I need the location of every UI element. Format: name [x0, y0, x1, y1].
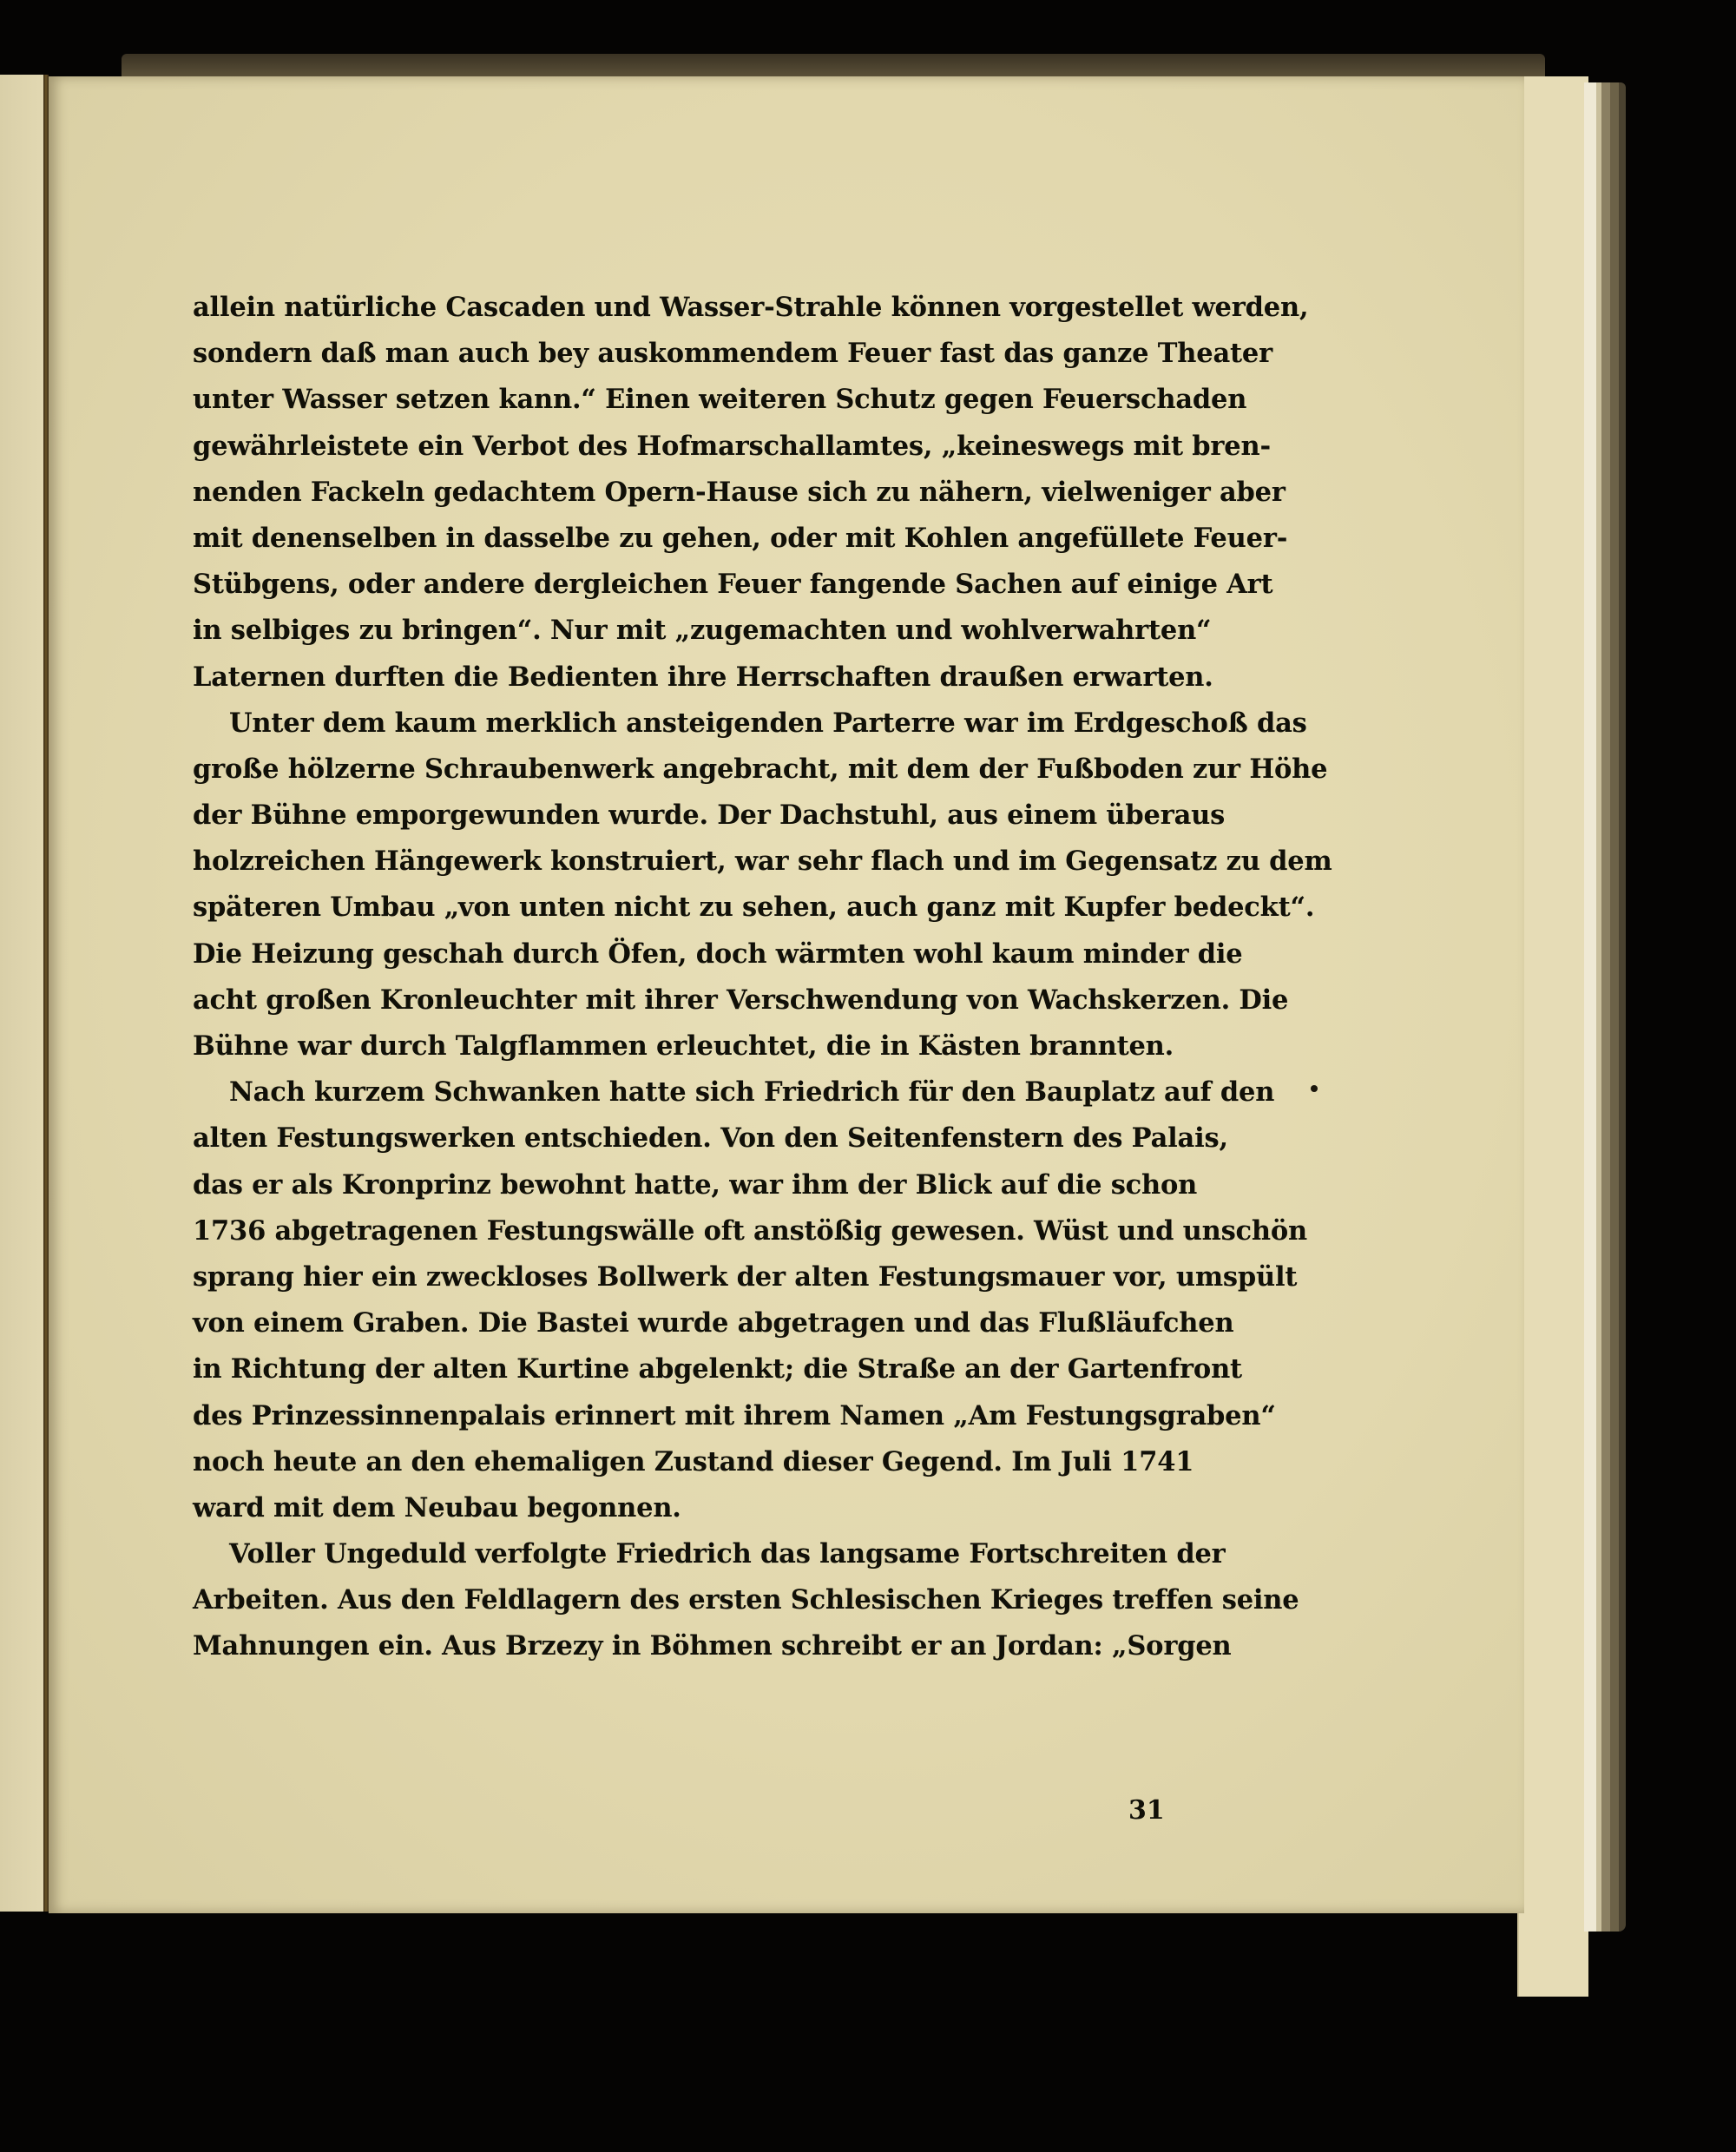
text-line: große hölzerne Schraubenwerk angebracht,… [193, 747, 1184, 793]
text-line: Arbeiten. Aus den Feldlagern des ersten … [193, 1577, 1184, 1623]
book-top-edge [122, 54, 1545, 76]
facing-page-edge [0, 75, 43, 1912]
paragraph: Voller Ungeduld verfolgte Friedrich das … [193, 1531, 1184, 1670]
page-number: 31 [1128, 1795, 1165, 1826]
text-line: der Bühne emporgewunden wurde. Der Dachs… [193, 793, 1184, 839]
text-line: Mahnungen ein. Aus Brzezy in Böhmen schr… [193, 1623, 1184, 1669]
page-stack-edge [1584, 82, 1626, 1932]
text-line: noch heute an den ehemaligen Zustand die… [193, 1439, 1184, 1485]
paragraph: allein natürliche Cascaden und Wasser-St… [193, 285, 1184, 701]
text-line: unter Wasser setzen kann.“ Einen weitere… [193, 377, 1184, 423]
paragraph: Unter dem kaum merklich ansteigenden Par… [193, 701, 1184, 1070]
paragraph: Nach kurzem Schwanken hatte sich Friedri… [193, 1069, 1184, 1531]
text-line: acht großen Kronleuchter mit ihrer Versc… [193, 977, 1184, 1023]
text-line: Stübgens, oder andere dergleichen Feuer … [193, 562, 1184, 608]
body-text: allein natürliche Cascaden und Wasser-St… [193, 285, 1184, 1670]
text-line: Laternen durften die Bedienten ihre Herr… [193, 655, 1184, 701]
text-line: Voller Ungeduld verfolgte Friedrich das … [193, 1531, 1184, 1577]
text-line: Nach kurzem Schwanken hatte sich Friedri… [193, 1069, 1184, 1115]
text-line: alten Festungswerken entschieden. Von de… [193, 1115, 1184, 1162]
text-line: in Richtung der alten Kurtine abgelenkt;… [193, 1346, 1184, 1392]
text-line: ward mit dem Neubau begonnen. [193, 1485, 1184, 1531]
text-line: Unter dem kaum merklich ansteigenden Par… [193, 701, 1184, 747]
text-line: Die Heizung geschah durch Öfen, doch wär… [193, 931, 1184, 977]
text-line: sondern daß man auch bey auskommendem Fe… [193, 331, 1184, 377]
text-line: 1736 abgetragenen Festungswälle oft anst… [193, 1208, 1184, 1254]
following-page-edge [1517, 76, 1588, 1997]
text-line: holzreichen Hängewerk konstruiert, war s… [193, 839, 1184, 885]
text-line: sprang hier ein zweckloses Bollwerk der … [193, 1254, 1184, 1300]
text-line: von einem Graben. Die Bastei wurde abget… [193, 1300, 1184, 1346]
text-line: nenden Fackeln gedachtem Opern-Hause sic… [193, 470, 1184, 516]
text-line: gewährleistete ein Verbot des Hofmarscha… [193, 424, 1184, 470]
text-line: allein natürliche Cascaden und Wasser-St… [193, 285, 1184, 331]
text-line: Bühne war durch Talgflammen erleuchtet, … [193, 1023, 1184, 1069]
text-line: des Prinzessinnenpalais erinnert mit ihr… [193, 1393, 1184, 1439]
text-line: in selbiges zu bringen“. Nur mit „zugema… [193, 608, 1184, 654]
ink-speck [1311, 1085, 1318, 1092]
text-line: mit denenselben in dasselbe zu gehen, od… [193, 516, 1184, 562]
text-line: späteren Umbau „von unten nicht zu sehen… [193, 885, 1184, 931]
text-line: das er als Kronprinz bewohnt hatte, war … [193, 1162, 1184, 1208]
